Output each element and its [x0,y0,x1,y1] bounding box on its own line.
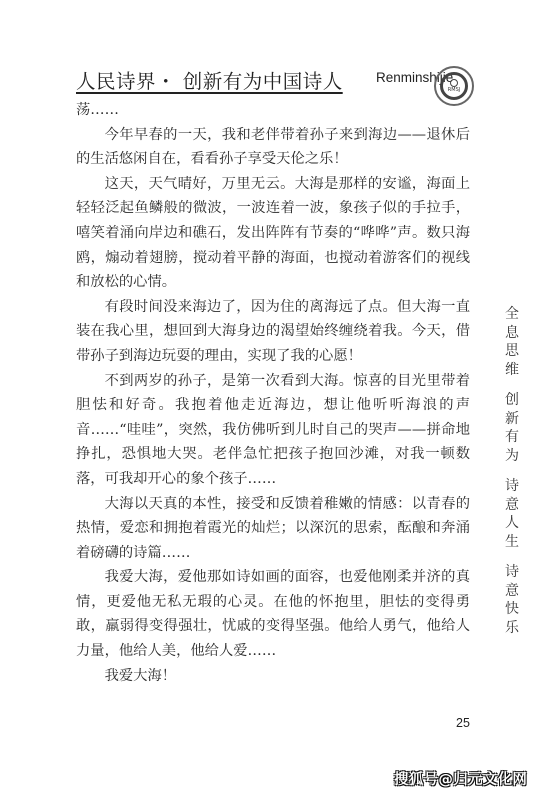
slogan: 诗意人生 [502,477,522,551]
logo-text: RMSJ [448,87,460,93]
logo-ring: RMSJ [440,72,468,100]
slogan: 全息思维 [502,305,522,379]
slogan-char: 乐 [502,619,522,638]
page-header: 人民诗界・ 创新有为中国诗人 Renminshijie [76,62,436,94]
paragraph: 我爱大海，爱他那如诗如画的面容，也爱他刚柔并济的真情，更爱他无私无瑕的心灵。在他… [76,565,470,663]
paragraph: 有段时间没来海边了，因为住的离海远了点。但大海一直装在我心里，想回到大海身边的渴… [76,295,470,369]
paragraph: 这天，天气晴好，万里无云。大海是那样的安谧，海面上轻轻泛起鱼鳞般的微波，一波连着… [76,172,470,295]
header-title: 人民诗界・ 创新有为中国诗人 [76,66,343,94]
slogan-char: 意 [502,496,522,515]
watermark: 搜狐号@归元文化网 [394,768,527,789]
paragraph: 我爱大海！ [76,664,470,689]
slogan-char: 快 [502,600,522,619]
paragraph: 不到两岁的孙子，是第一次看到大海。惊喜的目光里带着胆怯和好奇。我抱着他走近海边，… [76,369,470,492]
paragraph: 大海以天真的本性，接受和反馈着稚嫩的情感：以青春的热情，爱恋和拥抱着霞光的灿烂；… [76,492,470,566]
slogan: 诗意快乐 [502,563,522,637]
side-slogans: 全息思维 创新有为 诗意人生 诗意快乐 [502,305,522,649]
slogan-char: 有 [502,428,522,447]
slogan: 创新有为 [502,391,522,465]
slogan-char: 人 [502,514,522,533]
slogan-char: 意 [502,582,522,601]
slogan-char: 息 [502,324,522,343]
paragraph: 今年早春的一天，我和老伴带着孙子来到海边——退休后的生活悠闲自在，看看孙子享受天… [76,123,470,172]
slogan-char: 创 [502,391,522,410]
logo-dot-icon [450,79,458,87]
page-number: 25 [456,716,470,730]
article-body: 荡…… 今年早春的一天，我和老伴带着孙子来到海边——退休后的生活悠闲自在，看看孙… [76,98,470,688]
slogan-char: 为 [502,447,522,466]
slogan-char: 全 [502,305,522,324]
slogan-char: 诗 [502,563,522,582]
slogan-char: 生 [502,533,522,552]
slogan-char: 新 [502,410,522,429]
paragraph: 荡…… [76,98,470,123]
slogan-char: 诗 [502,477,522,496]
slogan-char: 思 [502,342,522,361]
slogan-char: 维 [502,361,522,380]
